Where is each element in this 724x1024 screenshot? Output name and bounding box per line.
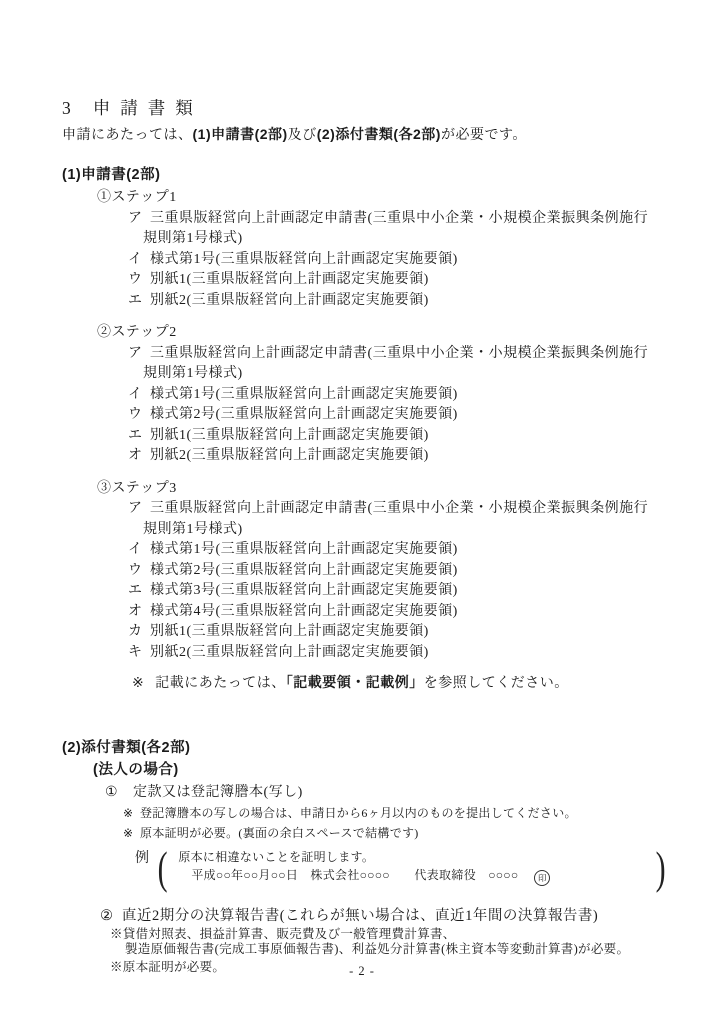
item-number: ①: [105, 782, 118, 803]
intro-bold-application: (1)申請書(2部): [193, 126, 288, 142]
item-title: 直近2期分の決算報告書(これらが無い場合は、直近1年間の決算報告書): [122, 908, 598, 924]
item-index-kana: エ: [128, 581, 143, 602]
item-index-kana: ア: [128, 344, 143, 365]
item-text-continuation: 規則第1号様式): [143, 229, 668, 250]
heading-title: 申請書類: [93, 98, 203, 118]
example-line-2: 平成○○年○○月○○日 株式会社○○○○ 代表取締役 ○○○○印: [178, 866, 652, 886]
attachment-item-1-note-2: ※原本証明が必要。(裏面の余白スペースで結構です): [62, 823, 668, 843]
list-item: カ別紙1(三重県版経営向上計画認定実施要領): [62, 622, 668, 643]
list-item: エ別紙1(三重県版経営向上計画認定実施要領): [62, 426, 668, 447]
list-item: イ様式第1号(三重県版経営向上計画認定実施要領): [62, 540, 668, 561]
certification-example-block: 例 ( 原本に相違ないことを証明します。 平成○○年○○月○○日 株式会社○○○…: [62, 847, 668, 889]
example-line-1: 原本に相違ないことを証明します。: [178, 848, 652, 866]
list-item: ア三重県版経営向上計画認定申請書(三重県中小企業・小規模企業振興条例施行 規則第…: [62, 209, 668, 250]
intro-mid: 及び: [288, 128, 317, 143]
item-index-kana: イ: [128, 250, 143, 271]
reference-note: ※記載にあたっては、「記載要領・記載例」を参照してください。: [62, 672, 668, 694]
list-item: キ別紙2(三重県版経営向上計画認定実施要領): [62, 643, 668, 664]
item-text: 様式第1号(三重県版経営向上計画認定実施要領): [150, 542, 458, 557]
section-attachments-subtitle: (法人の場合): [62, 759, 668, 781]
step1-block: ①ステップ1 ア三重県版経営向上計画認定申請書(三重県中小企業・小規模企業振興条…: [62, 188, 668, 311]
attachment-item-1: ①定款又は登記簿謄本(写し): [62, 782, 668, 803]
item-text: 別紙2(三重県版経営向上計画認定実施要領): [150, 645, 429, 660]
section-attachments-title: (2)添付書類(各2部): [62, 738, 668, 759]
item-index-kana: エ: [128, 426, 143, 447]
example-line-2-text: 平成○○年○○月○○日 株式会社○○○○ 代表取締役 ○○○○: [191, 868, 518, 882]
item-index-kana: ア: [128, 499, 143, 520]
note-text: 原本証明が必要。(裏面の余白スペースで結構です): [140, 826, 419, 840]
bracket-left-icon: (: [158, 848, 168, 888]
note-marker: ※: [123, 803, 133, 823]
item-index-kana: ウ: [128, 561, 143, 582]
note-post: を参照してください。: [424, 676, 569, 691]
example-label: 例: [135, 847, 149, 867]
item-text: 三重県版経営向上計画認定申請書(三重県中小企業・小規模企業振興条例施行: [150, 211, 648, 226]
item-index-kana: オ: [128, 446, 143, 467]
item-text: 別紙2(三重県版経営向上計画認定実施要領): [150, 448, 429, 463]
attachment-item-1-note-1: ※登記簿謄本の写しの場合は、申請日から6ヶ月以内のものを提出してください。: [62, 803, 668, 823]
list-item: ウ別紙1(三重県版経営向上計画認定実施要領): [62, 270, 668, 291]
step2-block: ②ステップ2 ア三重県版経営向上計画認定申請書(三重県中小企業・小規模企業振興条…: [62, 323, 668, 467]
item-text: 別紙1(三重県版経営向上計画認定実施要領): [150, 624, 429, 639]
page-number: - 2 -: [0, 964, 724, 979]
item-index-kana: ウ: [128, 405, 143, 426]
item-text: 三重県版経営向上計画認定申請書(三重県中小企業・小規模企業振興条例施行: [150, 501, 648, 516]
item-text: 三重県版経営向上計画認定申請書(三重県中小企業・小規模企業振興条例施行: [150, 346, 648, 361]
document-page: 3申請書類 申請にあたっては、(1)申請書(2部)及び(2)添付書類(各2部)が…: [0, 0, 724, 1024]
item-text-continuation: 規則第1号様式): [143, 520, 668, 541]
item-text: 別紙2(三重県版経営向上計画認定実施要領): [150, 293, 429, 308]
bracket-right-icon: ): [655, 848, 665, 888]
list-item: イ様式第1号(三重県版経営向上計画認定実施要領): [62, 385, 668, 406]
item-text: 様式第1号(三重県版経営向上計画認定実施要領): [150, 252, 458, 267]
intro-paragraph: 申請にあたっては、(1)申請書(2部)及び(2)添付書類(各2部)が必要です。: [62, 124, 668, 146]
list-item: オ様式第4号(三重県版経営向上計画認定実施要領): [62, 602, 668, 623]
item-text: 様式第1号(三重県版経営向上計画認定実施要領): [150, 387, 458, 402]
list-item: オ別紙2(三重県版経営向上計画認定実施要領): [62, 446, 668, 467]
page-content: 3申請書類 申請にあたっては、(1)申請書(2部)及び(2)添付書類(各2部)が…: [62, 0, 668, 975]
item-index-kana: ウ: [128, 270, 143, 291]
item-title: 定款又は登記簿謄本(写し): [133, 785, 303, 800]
item-text: 様式第2号(三重県版経営向上計画認定実施要領): [150, 407, 458, 422]
item-index-kana: ア: [128, 209, 143, 230]
note-marker: ※: [132, 676, 144, 691]
list-item: ウ様式第2号(三重県版経営向上計画認定実施要領): [62, 405, 668, 426]
item-text: 様式第2号(三重県版経営向上計画認定実施要領): [150, 563, 458, 578]
item-text: 別紙1(三重県版経営向上計画認定実施要領): [150, 272, 429, 287]
list-item: ア三重県版経営向上計画認定申請書(三重県中小企業・小規模企業振興条例施行 規則第…: [62, 344, 668, 385]
note-pre: 記載にあたっては、: [155, 676, 286, 691]
item-text-continuation: 規則第1号様式): [143, 364, 668, 385]
note-text: 登記簿謄本の写しの場合は、申請日から6ヶ月以内のものを提出してください。: [140, 806, 577, 820]
list-item: エ様式第3号(三重県版経営向上計画認定実施要領): [62, 581, 668, 602]
list-item: イ様式第1号(三重県版経営向上計画認定実施要領): [62, 250, 668, 271]
item-index-kana: カ: [128, 622, 143, 643]
example-content: 原本に相違ないことを証明します。 平成○○年○○月○○日 株式会社○○○○ 代表…: [170, 847, 652, 889]
intro-post: が必要です。: [441, 128, 527, 143]
note-marker: ※: [123, 823, 133, 843]
item-index-kana: イ: [128, 540, 143, 561]
step2-label: ②ステップ2: [62, 323, 668, 344]
attachment-item-2-note-1: ※貸借対照表、損益計算書、販売費及び一般管理費計算書、: [62, 927, 668, 942]
step1-label: ①ステップ1: [62, 188, 668, 209]
intro-bold-attachments: (2)添付書類(各2部): [317, 126, 441, 142]
item-index-kana: オ: [128, 602, 143, 623]
section-application-forms-title: (1)申請書(2部): [62, 165, 668, 186]
list-item: ウ様式第2号(三重県版経営向上計画認定実施要領): [62, 561, 668, 582]
intro-pre: 申請にあたっては、: [62, 128, 193, 143]
item-index-kana: エ: [128, 291, 143, 312]
item-number: ②: [100, 906, 114, 927]
attachment-item-2: ②直近2期分の決算報告書(これらが無い場合は、直近1年間の決算報告書): [62, 906, 668, 927]
heading-number: 3: [62, 98, 71, 118]
item-text: 様式第4号(三重県版経営向上計画認定実施要領): [150, 604, 458, 619]
list-item: エ別紙2(三重県版経営向上計画認定実施要領): [62, 291, 668, 312]
attachment-item-2-note-2: 製造原価報告書(完成工事原価報告書)、利益処分計算書(株主資本等変動計算書)が必…: [62, 942, 668, 957]
item-text: 別紙1(三重県版経営向上計画認定実施要領): [150, 428, 429, 443]
item-index-kana: キ: [128, 643, 143, 664]
step3-block: ③ステップ3 ア三重県版経営向上計画認定申請書(三重県中小企業・小規模企業振興条…: [62, 479, 668, 664]
seal-icon: 印: [534, 870, 550, 886]
item-index-kana: イ: [128, 385, 143, 406]
step3-label: ③ステップ3: [62, 479, 668, 500]
page-title: 3申請書類: [62, 97, 668, 119]
list-item: ア三重県版経営向上計画認定申請書(三重県中小企業・小規模企業振興条例施行 規則第…: [62, 499, 668, 540]
note-bold: 「記載要領・記載例」: [286, 674, 424, 690]
item-text: 様式第3号(三重県版経営向上計画認定実施要領): [150, 583, 458, 598]
